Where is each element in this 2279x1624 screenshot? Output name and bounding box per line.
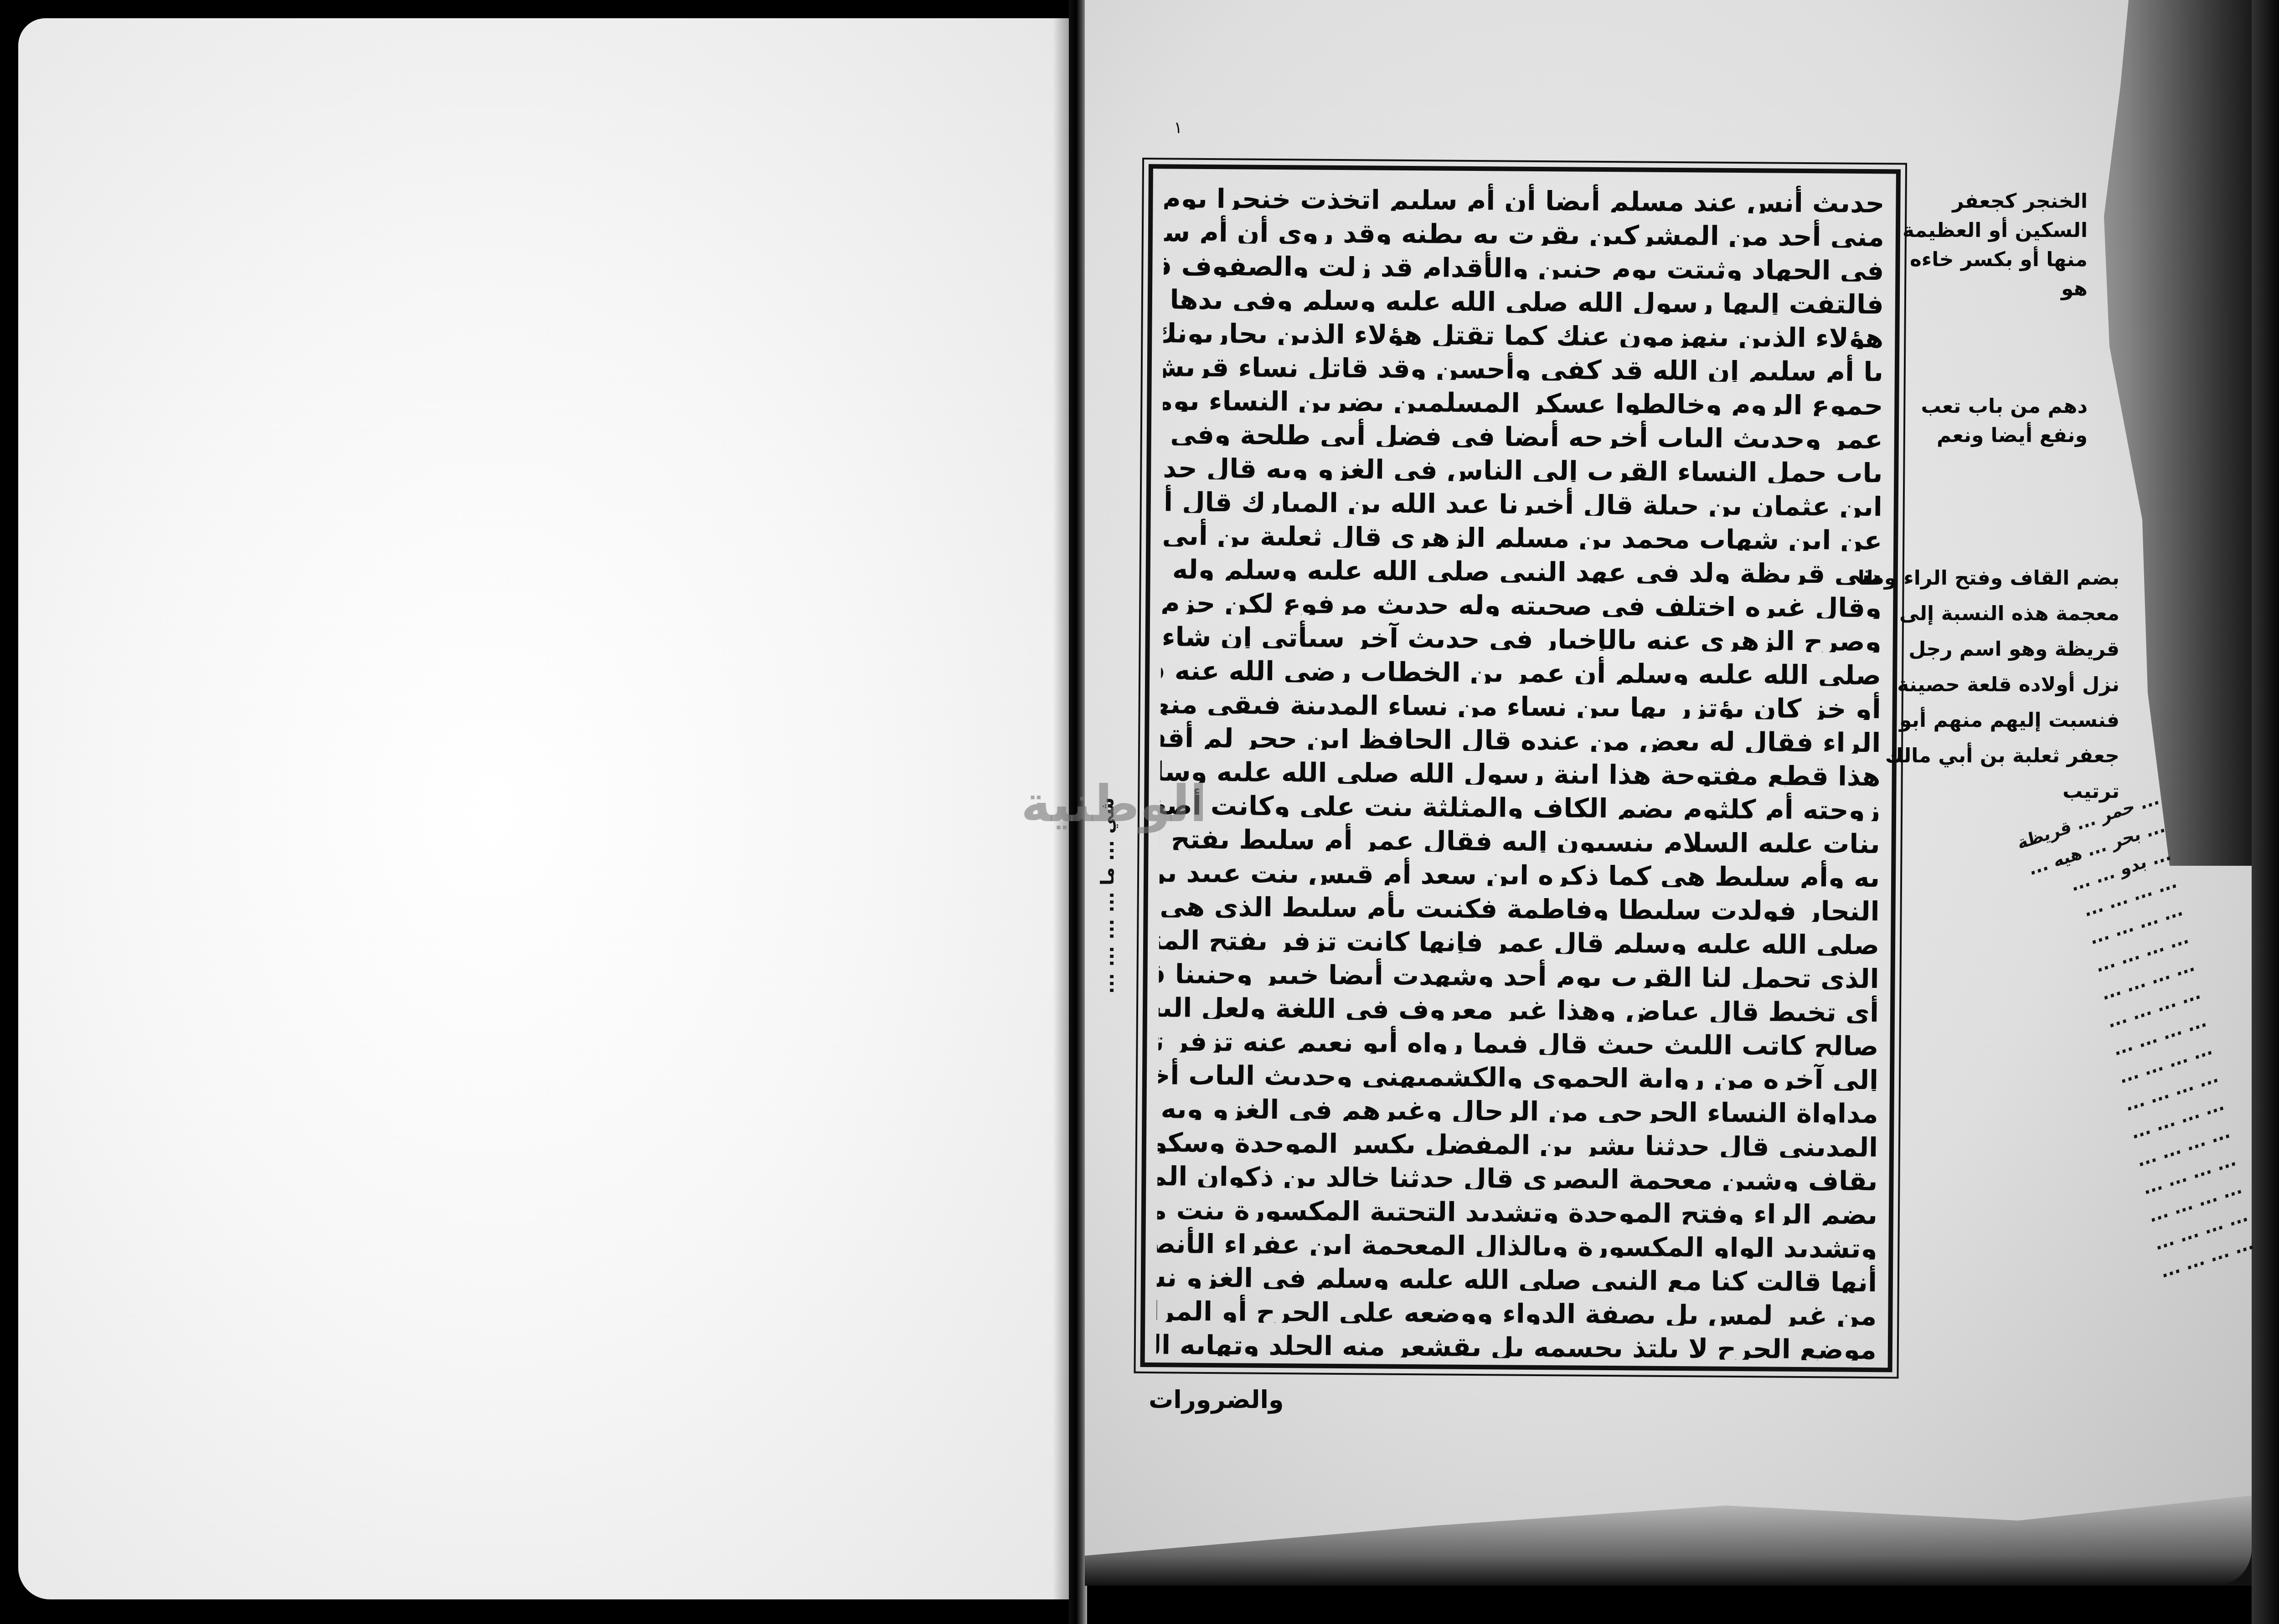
text-line: وقال غيره اختلف في صحبته وله حديث مرفوع …: [1161, 580, 1882, 619]
text-line: بضم الراء وفتح الموحدة وتشديد التحتية ال…: [1157, 1187, 1877, 1226]
text-line: أو خز كان يؤتزر بها بين نساء من نساء الم…: [1161, 681, 1881, 720]
text-line: بقاف وشين معجمة البصري قال حدثنا خالد بن…: [1157, 1153, 1877, 1192]
text-line: مداواة النساء الجرحى من الرجال وغيرهم في…: [1158, 1086, 1878, 1125]
text-line: عمر وحديث الباب أخرجه أيضا في فضل أبي طل…: [1163, 411, 1883, 450]
text-line: في الجهاد وثبتت يوم حنين والأقدام قد زلت…: [1164, 243, 1884, 282]
text-line: فنسبت إليهم منهم أبو: [1905, 703, 2119, 738]
margin-note-lower: بضم القاف وفتح الراء وظامعجمة هذه النسبة…: [1905, 560, 2119, 809]
main-text-frame: حديث أنس عند مسلم أيضا أن أم سليم اتخذت …: [1140, 164, 1901, 1372]
margin-note-middle: دهم من باب تعبونفع أيضا ونعم: [1914, 392, 2088, 450]
text-line: بنات عليه السلام ينسبون إليه فقال عمر أم…: [1160, 816, 1880, 855]
main-text-body: حديث أنس عند مسلم أيضا أن أم سليم اتخذت …: [1156, 175, 1885, 1361]
text-line: المديني قال حدثنا بشر بن المفضل بكسر الم…: [1158, 1120, 1878, 1158]
text-line: دهم من باب تعب: [1914, 392, 2088, 421]
text-line: عن ابن شهاب محمد بن مسلم الزهري قال ثعلب…: [1162, 513, 1882, 551]
text-line: ونفع أيضا ونعم: [1914, 421, 2088, 450]
text-line: نزل أولاده قلعة حصينة: [1905, 667, 2119, 703]
text-line: به وأم سليط هي كما ذكره ابن سعد أم قيس ب…: [1160, 850, 1880, 889]
text-line: قريظة وهو اسم رجل: [1905, 632, 2119, 667]
text-line: هذا قطع مفتوحة هذا ابنة رسول الله صلى ال…: [1160, 749, 1881, 787]
text-line: باب حمل النساء القرب إلى الناس في الغزو …: [1162, 445, 1882, 484]
text-line: فالتفت إليها رسول الله صلى الله عليه وسل…: [1164, 277, 1884, 315]
text-line: السكين أو العظيمة: [1914, 216, 2088, 245]
left-page-blank: [18, 18, 1071, 1599]
text-line: صلى الله عليه وسلم قال عمر فإنها كانت تز…: [1159, 917, 1879, 956]
page-mark: ١: [1174, 118, 1182, 137]
text-line: حديث أنس عند مسلم أيضا أن أم سليم اتخذت …: [1164, 175, 1884, 214]
text-line: جموع الروم وخالطوا عسكر المسلمين يضربن ا…: [1163, 378, 1883, 416]
text-line: مني أحد من المشركين بقرت به بطنه وقد روي…: [1164, 209, 1884, 248]
text-line: صالح كاتب الليث حيث قال فيما رواه أبو نع…: [1158, 1018, 1878, 1057]
text-line: بني قريظة ولد في عهد النبي صلى الله عليه…: [1162, 546, 1882, 585]
margin-note-vertical: شي ... ما ... ... ... ...: [1094, 797, 1121, 1162]
text-line: من غير لمس بل بصفة الدواء ووضعه على الجر…: [1156, 1288, 1877, 1327]
text-line: معجمة هذه النسبة إلى: [1905, 596, 2119, 632]
text-line: وصرح الزهري عنه بالإخبار في حديث آخر سيأ…: [1161, 614, 1882, 653]
manuscript-spread: ١ حديث أنس عند مسلم أيضا أن أم سليم اتخذ…: [0, 0, 2279, 1624]
text-line: جعفر ثعلبة بن أبي مالك: [1905, 738, 2119, 774]
text-line: يا أم سليم إن الله قد كفى وأحسن وقد قاتل…: [1163, 344, 1883, 383]
text-line: ابن عثمان بن جبلة قال أخبرنا عبد الله بن…: [1162, 479, 1882, 518]
text-line: أنها قالت كنا مع النبي صلى الله عليه وسل…: [1157, 1254, 1877, 1293]
text-line: منها أو بكسر خاءه: [1914, 245, 2088, 274]
text-line: الخنجر كجعفر: [1914, 187, 2088, 216]
library-watermark: الوطنية: [1021, 775, 1207, 833]
water-stain: [1085, 1485, 2252, 1586]
text-line: أي تخيط قال عياض وهذا غير معروف في اللغة…: [1159, 985, 1879, 1023]
text-line: صلى الله عليه وسلم أن عمر بن الخطاب رضي …: [1161, 648, 1881, 686]
text-line: النجار فولدت سليطا وفاطمة فكنيت بأم سليط…: [1159, 884, 1879, 922]
text-line: إلى آخره من رواية الحموي والكشميهني وحدي…: [1158, 1052, 1878, 1091]
text-line: زوجته أم كلثوم بضم الكاف والمثلثة بنت عل…: [1160, 782, 1880, 821]
text-line: ترتيب: [1905, 774, 2119, 809]
text-line: موضع الجرح لا يلتذ بجسمه بل يقشعر منه ال…: [1156, 1322, 1877, 1361]
margin-note-upper: الخنجر كجعفرالسكين أو العظيمةمنها أو بكس…: [1914, 187, 2088, 303]
text-line: هؤلاء الذين ينهزمون عنك كما تقتل هؤلاء ا…: [1163, 310, 1883, 349]
text-line: الراء فقال له بعض من عنده قال الحافظ ابن…: [1160, 715, 1881, 754]
catchword: والضرورات: [1149, 1385, 1284, 1414]
text-line: بضم القاف وفتح الراء وظا: [1905, 560, 2119, 596]
text-line: الذي تحمل لنا القرب يوم أحد وشهدت أيضا خ…: [1159, 951, 1879, 990]
text-line: هو: [1914, 274, 2088, 303]
text-line: وتشديد الواو المكسورة وبالذال المعجمة اب…: [1157, 1221, 1877, 1259]
